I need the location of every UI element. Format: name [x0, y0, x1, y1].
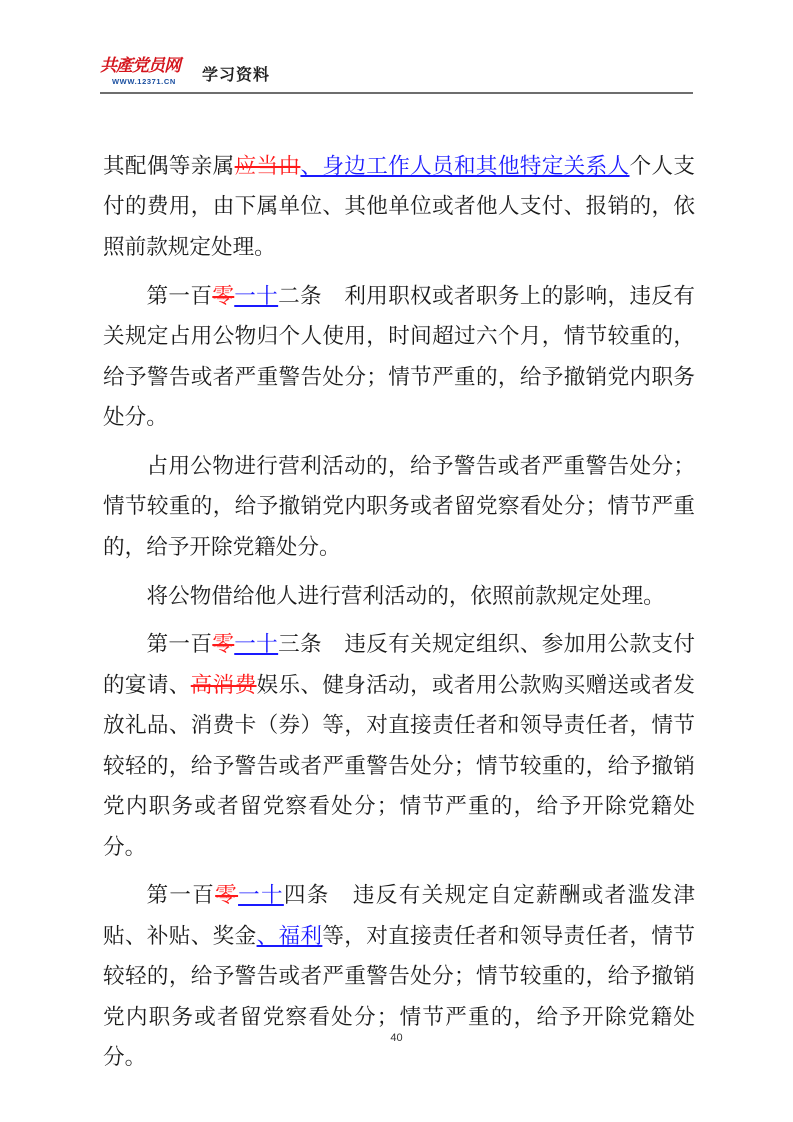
- paragraph: 将公物借给他人进行营利活动的，依照前款规定处理。: [103, 577, 695, 617]
- text-segment: 三条: [278, 632, 322, 657]
- paragraph-article-112: 第一百零一十二条利用职权或者职务上的影响，违反有关规定占用公物归个人使用，时间超…: [103, 277, 695, 439]
- text-segment: 将公物借给他人进行营利活动的，依照前款规定处理。: [147, 584, 665, 609]
- deleted-text: 零: [215, 883, 238, 908]
- text-segment: 其配偶等亲属: [103, 154, 235, 179]
- paragraph-article-114: 第一百零一十四条违反有关规定自定薪酬或者滥发津贴、补贴、奖金、福利等，对直接责任…: [103, 876, 695, 1078]
- page-header: 共產党员网 WWW.12371.CN 学习资料: [100, 56, 693, 96]
- inserted-text: 一十: [234, 632, 278, 657]
- text-segment: 第一百: [147, 284, 213, 309]
- logo-script-text: 共產党员网: [100, 56, 180, 76]
- text-segment: 二条: [278, 284, 322, 309]
- text-segment: 占用公物进行营利活动的，给予警告或者严重警告处分；情节较重的，给予撤销党内职务或…: [103, 454, 695, 560]
- text-segment: 第一百: [147, 632, 213, 657]
- deleted-text: 高消费: [191, 673, 257, 698]
- paragraph: 其配偶等亲属应当由、身边工作人员和其他特定关系人个人支付的费用，由下属单位、其他…: [103, 147, 695, 268]
- header-title: 学习资料: [202, 62, 270, 85]
- site-logo: 共產党员网 WWW.12371.CN: [100, 56, 196, 92]
- inserted-text: 、福利: [257, 924, 323, 949]
- text-segment: 娱乐、健身活动，或者用公款购买赠送或者发放礼品、消费卡（券）等，对直接责任者和领…: [103, 673, 695, 860]
- deleted-text: 零: [212, 632, 234, 657]
- logo-url-text: WWW.12371.CN: [112, 77, 176, 86]
- paragraph: 占用公物进行营利活动的，给予警告或者严重警告处分；情节较重的，给予撤销党内职务或…: [103, 447, 695, 568]
- text-segment: 第一百: [147, 883, 216, 908]
- document-body: 其配偶等亲属应当由、身边工作人员和其他特定关系人个人支付的费用，由下属单位、其他…: [103, 147, 695, 1087]
- paragraph-article-113: 第一百零一十三条违反有关规定组织、参加用公款支付的宴请、高消费娱乐、健身活动，或…: [103, 625, 695, 867]
- inserted-text: 一十: [234, 284, 278, 309]
- header-divider: [100, 92, 693, 94]
- text-segment: 四条: [284, 883, 330, 908]
- deleted-text: 零: [212, 284, 234, 309]
- deleted-text: 应当由: [235, 154, 301, 179]
- inserted-text: 、身边工作人员和其他特定关系人: [300, 154, 629, 179]
- inserted-text: 一十: [238, 883, 284, 908]
- page-number: 40: [0, 1032, 793, 1044]
